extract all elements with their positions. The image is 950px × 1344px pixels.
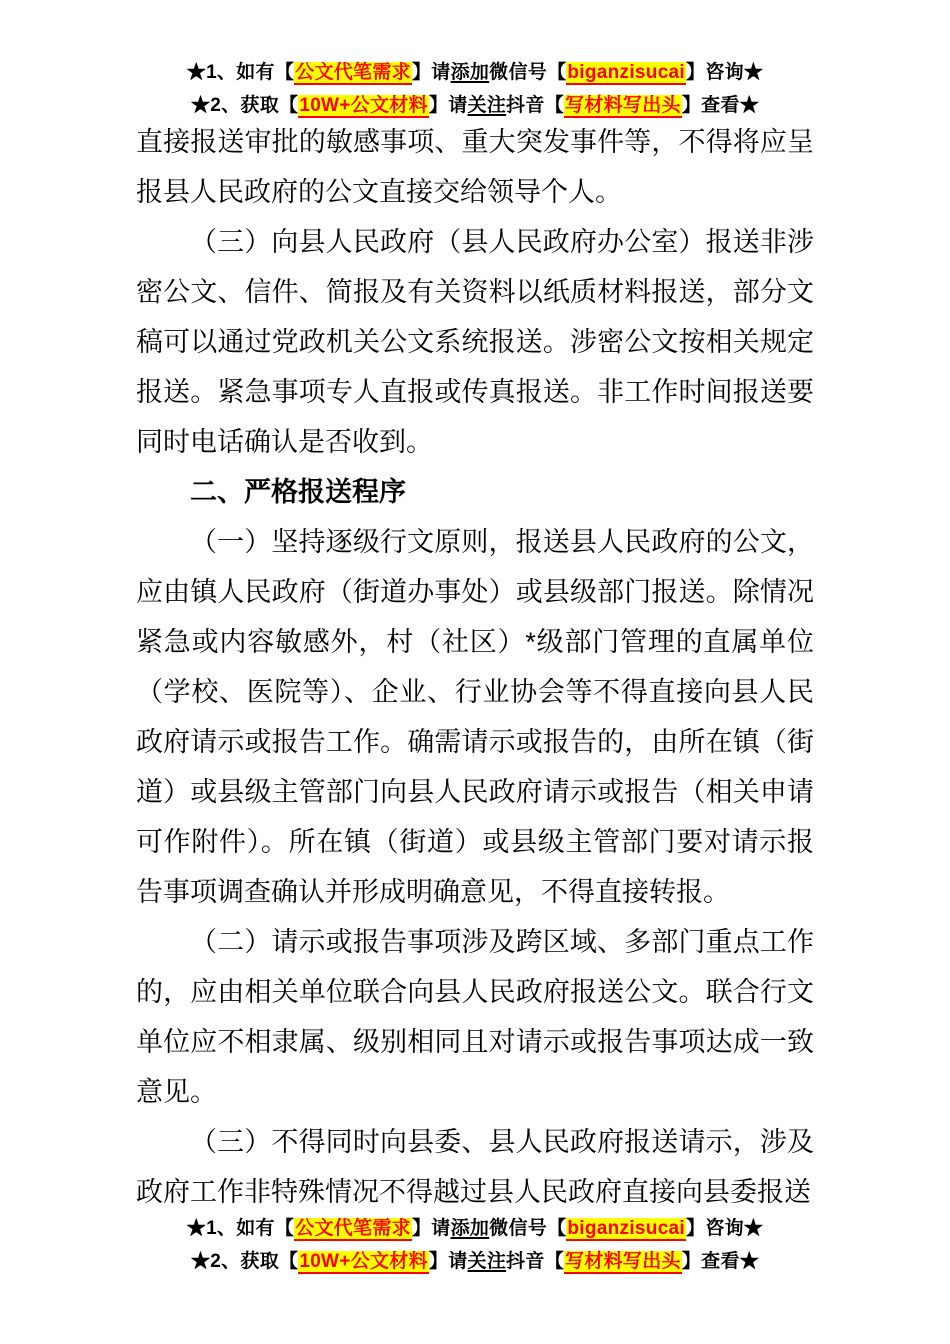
footer-ad-banner: ★1、如有【公文代笔需求】请添加微信号【biganzisucai】咨询★★2、获… — [0, 1212, 950, 1278]
highlighted-keyword: 写材料写出头 — [564, 1251, 682, 1274]
ad-text: 】请 — [429, 95, 468, 116]
paragraph: （二）请示或报告事项涉及跨区域、多部门重点工作的，应由相关单位联合向县人民政府报… — [136, 917, 814, 1117]
ad-line: ★2、获取【10W+公文材料】请关注抖音【写材料写出头】查看★ — [0, 1245, 950, 1278]
highlighted-keyword: 公文代笔需求 — [294, 62, 412, 85]
paragraph: 直接报送审批的敏感事项、重大突发事件等，不得将应呈报县人民政府的公文直接交给领导… — [136, 117, 814, 217]
underlined-text: 关注 — [468, 1251, 507, 1272]
ad-text: ★2、获取【 — [191, 1251, 298, 1272]
ad-line: ★1、如有【公文代笔需求】请添加微信号【biganzisucai】咨询★ — [0, 56, 950, 89]
header-ad-banner: ★1、如有【公文代笔需求】请添加微信号【biganzisucai】咨询★★2、获… — [0, 56, 950, 122]
paragraph: （三）不得同时向县委、县人民政府报送请示，涉及政府工作非特殊情况不得越过县人民政… — [136, 1117, 814, 1217]
highlighted-keyword: 写材料写出头 — [564, 95, 682, 118]
ad-text: 抖音【 — [506, 95, 564, 116]
ad-text: ★1、如有【 — [187, 1218, 294, 1239]
ad-text: ★2、获取【 — [191, 95, 298, 116]
highlighted-keyword: 公文代笔需求 — [294, 1218, 412, 1241]
highlighted-keyword: 10W+公文材料 — [298, 1251, 429, 1274]
highlighted-keyword: biganzisucai — [566, 1218, 686, 1241]
highlighted-keyword: biganzisucai — [566, 62, 686, 85]
highlighted-keyword: 10W+公文材料 — [298, 95, 429, 118]
document-page: ★1、如有【公文代笔需求】请添加微信号【biganzisucai】咨询★★2、获… — [0, 0, 950, 1344]
ad-text: 微信号【 — [489, 1218, 566, 1239]
ad-text: 】请 — [429, 1251, 468, 1272]
ad-text: 】请 — [412, 62, 451, 83]
document-body: 直接报送审批的敏感事项、重大突发事件等，不得将应呈报县人民政府的公文直接交给领导… — [136, 117, 814, 1217]
ad-line: ★1、如有【公文代笔需求】请添加微信号【biganzisucai】咨询★ — [0, 1212, 950, 1245]
ad-text: ★1、如有【 — [187, 62, 294, 83]
underlined-text: 添加 — [451, 1218, 490, 1239]
ad-text: 】咨询★ — [686, 1218, 763, 1239]
ad-text: 微信号【 — [489, 62, 566, 83]
ad-text: 】咨询★ — [686, 62, 763, 83]
ad-text: 】查看★ — [682, 95, 759, 116]
paragraph: （三）向县人民政府（县人民政府办公室）报送非涉密公文、信件、简报及有关资料以纸质… — [136, 217, 814, 467]
ad-text: 】查看★ — [682, 1251, 759, 1272]
paragraph: （一）坚持逐级行文原则，报送县人民政府的公文，应由镇人民政府（街道办事处）或县级… — [136, 517, 814, 917]
ad-text: 抖音【 — [506, 1251, 564, 1272]
ad-text: 】请 — [412, 1218, 451, 1239]
section-heading: 二、严格报送程序 — [136, 467, 814, 517]
underlined-text: 关注 — [468, 95, 507, 116]
underlined-text: 添加 — [451, 62, 490, 83]
